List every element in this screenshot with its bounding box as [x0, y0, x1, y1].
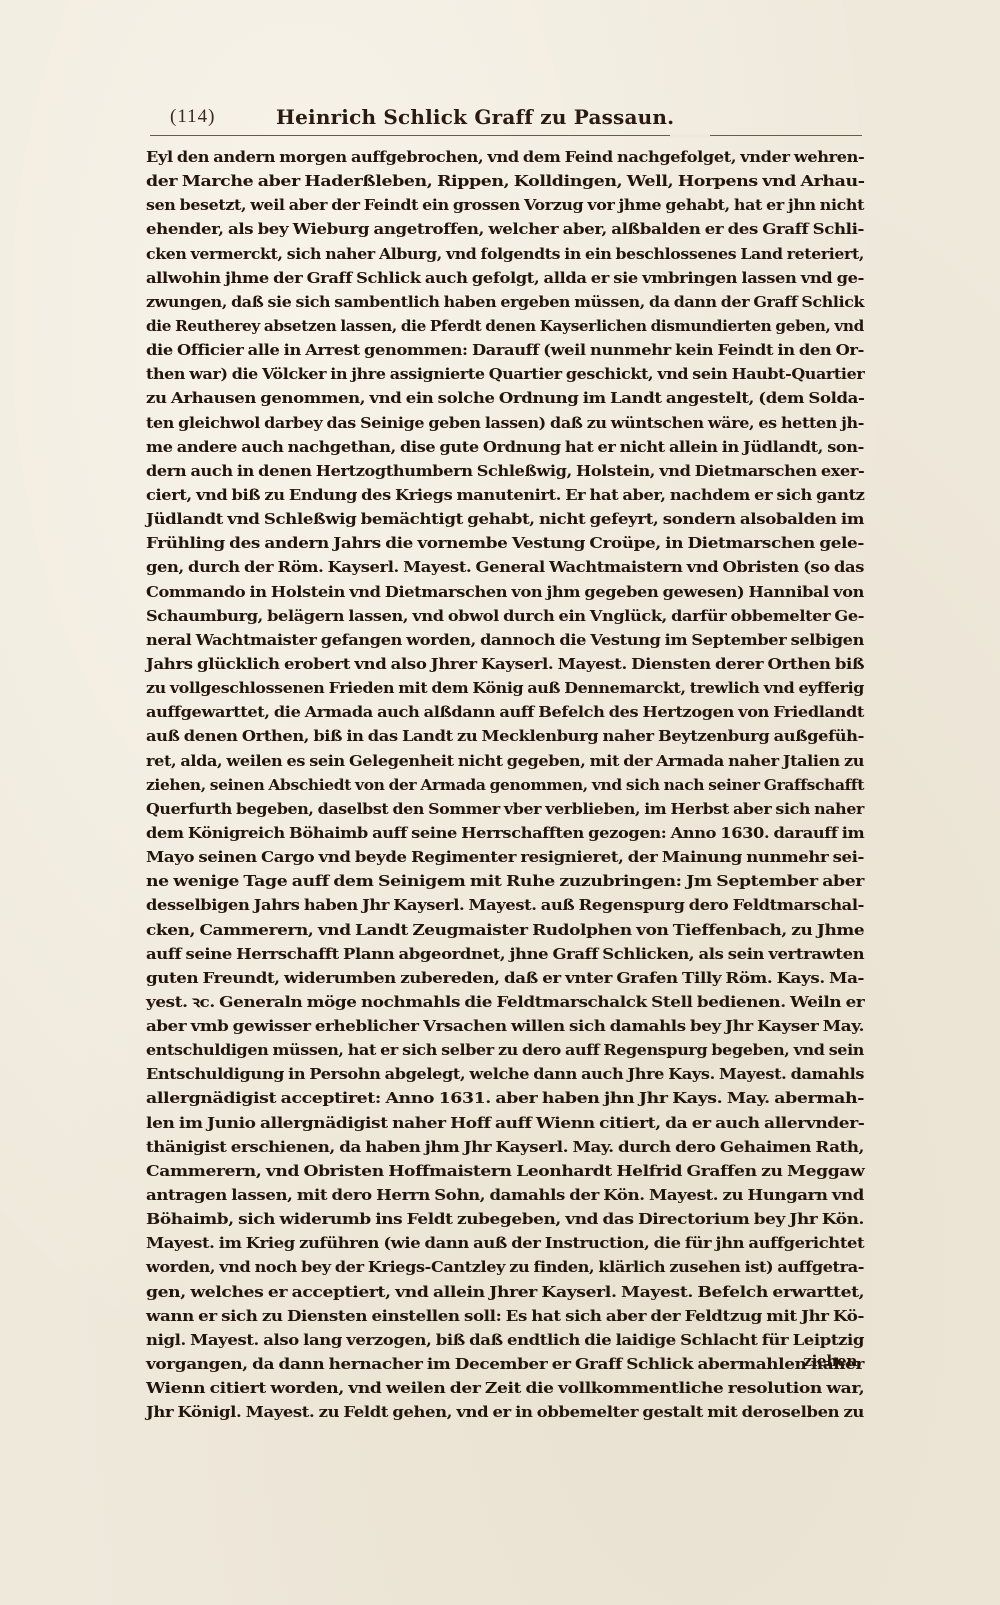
text-line: Eyl den andern morgen auffgebrochen, vnd… — [146, 145, 864, 169]
text-line: Mayo seinen Cargo vnd beyde Regimenter r… — [146, 845, 864, 869]
text-line: allergnädigist acceptiret: Anno 1631. ab… — [146, 1086, 864, 1110]
text-line: wann er sich zu Diensten einstellen soll… — [146, 1304, 864, 1328]
text-line: ret, alda, weilen es sein Gelegenheit ni… — [146, 749, 864, 773]
text-line: Böhaimb, sich widerumb ins Feldt zubegeb… — [146, 1207, 864, 1231]
text-line: auff seine Herrschafft Plann abgeordnet,… — [146, 942, 864, 966]
text-line: ne wenige Tage auff dem Seinigem mit Ruh… — [146, 869, 864, 893]
text-line: Jahrs glücklich erobert vnd also Jhrer K… — [146, 652, 864, 676]
text-line: der Marche aber Haderßleben, Rippen, Kol… — [146, 169, 864, 193]
text-line: me andere auch nachgethan, dise gute Ord… — [146, 435, 864, 459]
text-line: neral Wachtmaister gefangen worden, dann… — [146, 628, 864, 652]
text-line: guten Freundt, widerumben zubereden, daß… — [146, 966, 864, 990]
text-line: nigl. Mayest. also lang verzogen, biß da… — [146, 1328, 864, 1352]
text-line: auß denen Orthen, biß in das Landt zu Me… — [146, 724, 864, 748]
text-line: die Reutherey absetzen lassen, die Pferd… — [146, 314, 864, 338]
text-line: gen, durch der Röm. Kayserl. Mayest. Gen… — [146, 555, 864, 579]
text-line: zu Arhausen genommen, vnd ein solche Ord… — [146, 386, 864, 410]
text-line: Querfurth begeben, daselbst den Sommer v… — [146, 797, 864, 821]
text-line: Jüdlandt vnd Schleßwig bemächtigt gehabt… — [146, 507, 864, 531]
text-line: desselbigen Jahrs haben Jhr Kayserl. May… — [146, 893, 864, 917]
running-title: Heinrich Schlick Graff zu Passaun. — [276, 105, 674, 129]
text-line: Jhr Königl. Mayest. zu Feldt gehen, vnd … — [146, 1400, 864, 1424]
text-line: ziehen, seinen Abschiedt von der Armada … — [146, 773, 864, 797]
body-text: Eyl den andern morgen auffgebrochen, vnd… — [146, 145, 864, 1424]
text-line: vorgangen, da dann hernacher im December… — [146, 1352, 864, 1376]
header-rule — [150, 135, 862, 136]
text-line: auffgewarttet, die Armada auch alßdann a… — [146, 700, 864, 724]
text-line: antragen lassen, mit dero Herrn Sohn, da… — [146, 1183, 864, 1207]
catchword: ziehen, — [803, 1352, 862, 1370]
text-line: Mayest. im Krieg zuführen (wie dann auß … — [146, 1231, 864, 1255]
text-line: Schaumburg, belägern lassen, vnd obwol d… — [146, 604, 864, 628]
text-line: zu vollgeschlossenen Frieden mit dem Kön… — [146, 676, 864, 700]
text-line: thänigist erschienen, da haben jhm Jhr K… — [146, 1135, 864, 1159]
text-line: Commando in Holstein vnd Dietmarschen vo… — [146, 580, 864, 604]
text-line: ciert, vnd biß zu Endung des Kriegs manu… — [146, 483, 864, 507]
text-line: cken vermerckt, sich naher Alburg, vnd f… — [146, 242, 864, 266]
text-line: sen besetzt, weil aber der Feindt ein gr… — [146, 193, 864, 217]
text-line: yest. ꝛc. Generaln möge nochmahls die Fe… — [146, 990, 864, 1014]
header-rule-gap — [670, 134, 710, 138]
text-line: ehender, als bey Wieburg angetroffen, we… — [146, 217, 864, 241]
text-line: allwohin jhme der Graff Schlick auch gef… — [146, 266, 864, 290]
text-line: Frühling des andern Jahrs die vornembe V… — [146, 531, 864, 555]
page-number: (114) — [170, 106, 215, 128]
text-line: entschuldigen müssen, hat er sich selber… — [146, 1038, 864, 1062]
text-line: die Officier alle in Arrest genommen: Da… — [146, 338, 864, 362]
page-header: (114) Heinrich Schlick Graff zu Passaun. — [148, 106, 864, 132]
text-line: aber vmb gewisser erheblicher Vrsachen w… — [146, 1014, 864, 1038]
text-line: then war) die Völcker in jhre assigniert… — [146, 362, 864, 386]
text-line: len im Junio allergnädigist naher Hoff a… — [146, 1111, 864, 1135]
book-page: (114) Heinrich Schlick Graff zu Passaun.… — [0, 0, 1000, 1605]
text-line: Wienn citiert worden, vnd weilen der Zei… — [146, 1376, 864, 1400]
text-line: gen, welches er acceptiert, vnd allein J… — [146, 1280, 864, 1304]
text-line: dern auch in denen Hertzogthumbern Schle… — [146, 459, 864, 483]
text-line: ten gleichwol darbey das Seinige geben l… — [146, 411, 864, 435]
text-line: dem Königreich Böhaimb auff seine Herrsc… — [146, 821, 864, 845]
text-line: Entschuldigung in Persohn abgelegt, welc… — [146, 1062, 864, 1086]
text-line: zwungen, daß sie sich sambentlich haben … — [146, 290, 864, 314]
text-line: Cammerern, vnd Obristen Hoffmaistern Leo… — [146, 1159, 864, 1183]
text-line: cken, Cammerern, vnd Landt Zeugmaister R… — [146, 918, 864, 942]
text-line: worden, vnd noch bey der Kriegs-Cantzley… — [146, 1255, 864, 1279]
